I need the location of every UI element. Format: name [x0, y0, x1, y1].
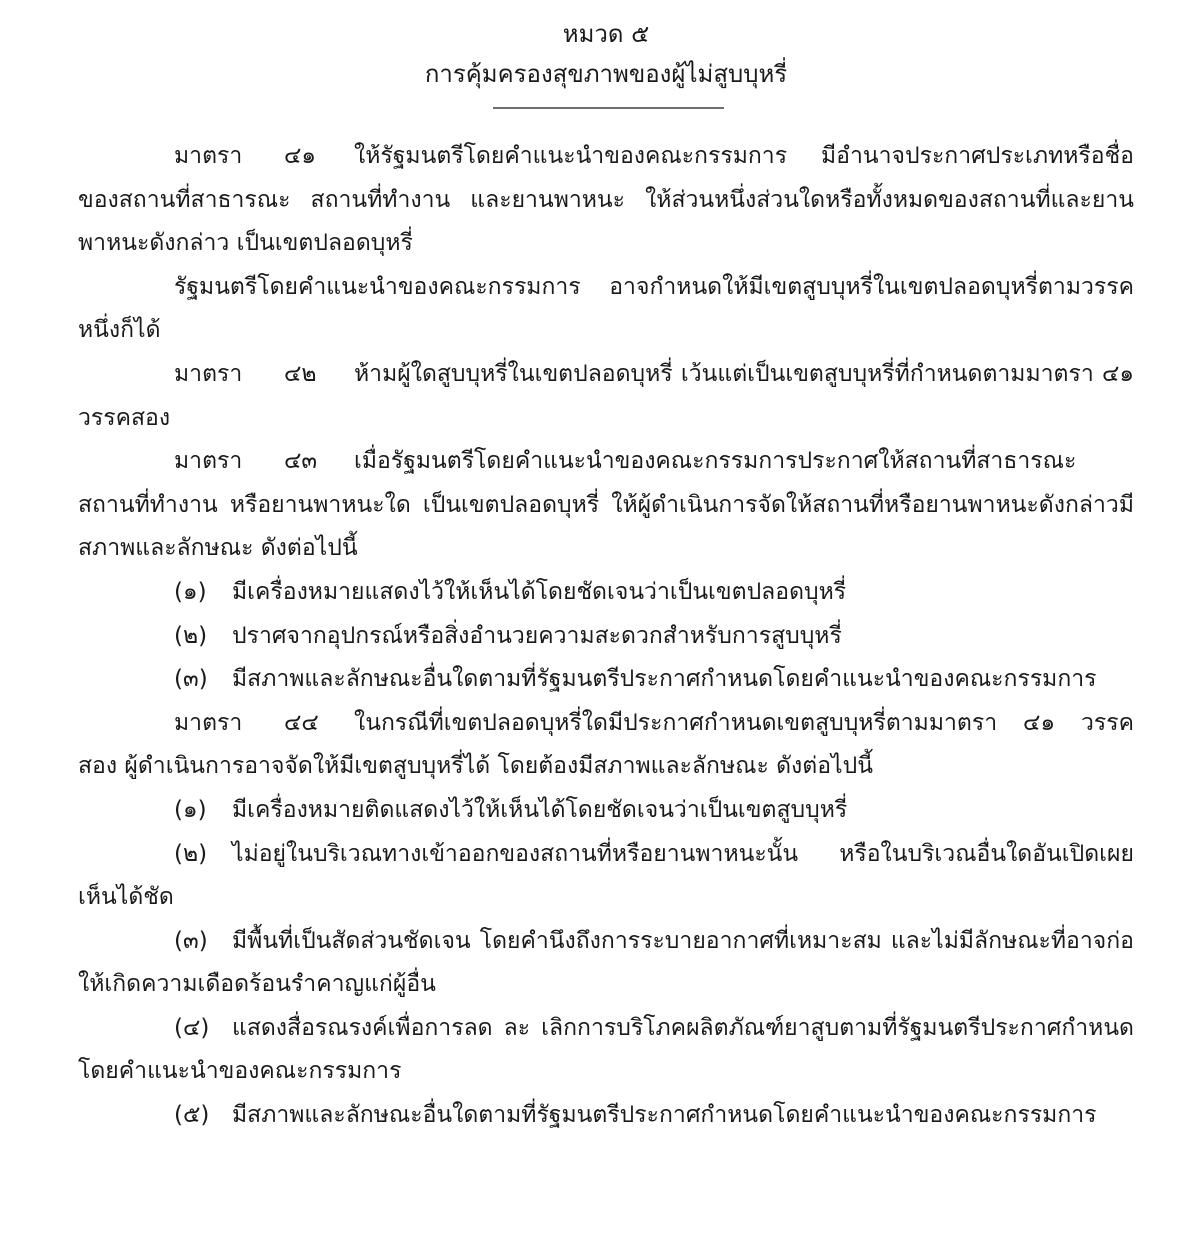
section-number: ๔๔	[284, 702, 354, 746]
item-number: (๑)	[174, 571, 232, 615]
section-44-paragraph-1: มาตรา๔๔ในกรณีที่เขตปลอดบุหรี่ใดมีประกาศก…	[78, 702, 1134, 789]
item-text: ไม่อยู่ในบริเวณทางเข้าออกของสถานที่หรือย…	[78, 841, 1134, 911]
section-43-item-3: (๓)มีสภาพและลักษณะอื่นใดตามที่รัฐมนตรีปร…	[78, 658, 1134, 702]
section-label: มาตรา	[174, 353, 284, 397]
item-text: มีพื้นที่เป็นสัดส่วนชัดเจน โดยคำนึงถึงกา…	[78, 928, 1134, 998]
section-label: มาตรา	[174, 702, 284, 746]
chapter-divider	[493, 107, 724, 109]
item-text: มีเครื่องหมายติดแสดงไว้ให้เห็นได้โดยชัดเ…	[232, 797, 847, 823]
item-number: (๑)	[174, 789, 232, 833]
item-number: (๒)	[174, 615, 232, 659]
chapter-label: หมวด ๕	[78, 14, 1134, 54]
section-number: ๔๓	[284, 440, 354, 484]
item-text: ปราศจากอุปกรณ์หรือสิ่งอำนวยความสะดวกสำหร…	[232, 623, 842, 649]
chapter-heading: หมวด ๕ การคุ้มครองสุขภาพของผู้ไม่สูบบุหร…	[78, 14, 1134, 94]
section-44-item-1: (๑)มีเครื่องหมายติดแสดงไว้ให้เห็นได้โดยช…	[78, 789, 1134, 833]
section-44-item-5: (๕)มีสภาพและลักษณะอื่นใดตามที่รัฐมนตรีปร…	[78, 1094, 1134, 1138]
section-number: ๔๒	[284, 353, 354, 397]
section-44-item-4: (๔)แสดงสื่อรณรงค์เพื่อการลด ละ เลิกการบร…	[78, 1007, 1134, 1094]
item-number: (๔)	[174, 1007, 232, 1051]
section-41-paragraph-1: มาตรา๔๑ให้รัฐมนตรีโดยคำแนะนำของคณะกรรมกา…	[78, 135, 1134, 266]
section-44-item-3: (๓)มีพื้นที่เป็นสัดส่วนชัดเจน โดยคำนึงถึ…	[78, 920, 1134, 1007]
section-43-paragraph-1: มาตรา๔๓เมื่อรัฐมนตรีโดยคำแนะนำของคณะกรรม…	[78, 440, 1134, 571]
section-label: มาตรา	[174, 135, 284, 179]
section-42-paragraph-1: มาตรา๔๒ห้ามผู้ใดสูบบุหรี่ในเขตปลอดบุหรี่…	[78, 353, 1134, 440]
item-text: มีสภาพและลักษณะอื่นใดตามที่รัฐมนตรีประกา…	[232, 1102, 1097, 1128]
section-44-item-2: (๒)ไม่อยู่ในบริเวณทางเข้าออกของสถานที่หร…	[78, 833, 1134, 920]
item-number: (๓)	[174, 658, 232, 702]
chapter-title: การคุ้มครองสุขภาพของผู้ไม่สูบบุหรี่	[78, 54, 1134, 94]
item-text: แสดงสื่อรณรงค์เพื่อการลด ละ เลิกการบริโภ…	[78, 1015, 1134, 1085]
section-43-item-2: (๒)ปราศจากอุปกรณ์หรือสิ่งอำนวยความสะดวกส…	[78, 615, 1134, 659]
document-page: หมวด ๕ การคุ้มครองสุขภาพของผู้ไม่สูบบุหร…	[78, 14, 1134, 1138]
section-43-item-1: (๑)มีเครื่องหมายแสดงไว้ให้เห็นได้โดยชัดเ…	[78, 571, 1134, 615]
item-number: (๓)	[174, 920, 232, 964]
section-41-paragraph-2: รัฐมนตรีโดยคำแนะนำของคณะกรรมการ อาจกำหนด…	[78, 266, 1134, 353]
item-number: (๕)	[174, 1094, 232, 1138]
item-number: (๒)	[174, 833, 232, 877]
item-text: มีเครื่องหมายแสดงไว้ให้เห็นได้โดยชัดเจนว…	[232, 579, 846, 605]
section-label: มาตรา	[174, 440, 284, 484]
document-body: มาตรา๔๑ให้รัฐมนตรีโดยคำแนะนำของคณะกรรมกา…	[78, 135, 1134, 1138]
section-number: ๔๑	[284, 135, 354, 179]
item-text: มีสภาพและลักษณะอื่นใดตามที่รัฐมนตรีประกา…	[232, 666, 1097, 692]
